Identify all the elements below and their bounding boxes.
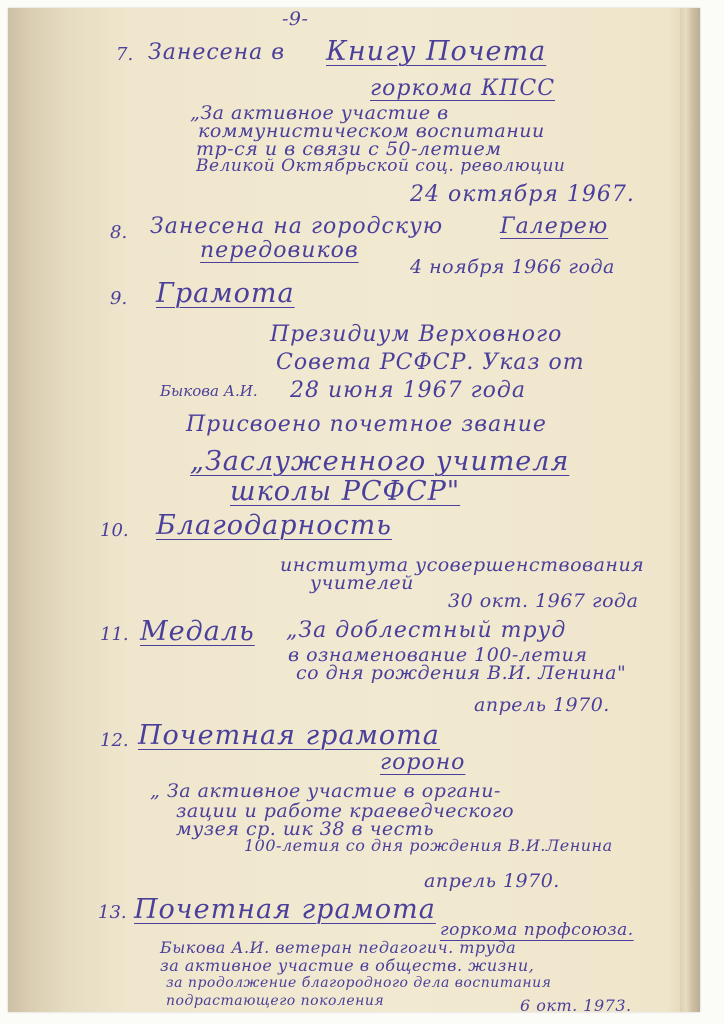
entry-10-date: 30 окт. 1967 года xyxy=(448,592,638,611)
entry-9-line: 28 июня 1967 года xyxy=(290,380,526,402)
entry-10-heading: Благодарность xyxy=(156,512,392,539)
entry-12-number: 12. xyxy=(100,732,129,750)
entry-13-line: подрастающего поколения xyxy=(166,994,384,1008)
entry-11-number: 11. xyxy=(100,626,129,644)
entry-7-prefix: Занесена в xyxy=(148,42,285,64)
entry-9-heading: Грамота xyxy=(156,280,295,307)
entry-12-date: апрель 1970. xyxy=(424,872,560,891)
entry-11-line: „За доблестный труд xyxy=(286,620,566,642)
entry-9-number: 9. xyxy=(110,290,127,308)
entry-13-line: за продолжение благородного дела воспита… xyxy=(166,976,551,990)
entry-12-line: „ За активное участие в органи- xyxy=(150,782,501,801)
entry-9-title: школы РСФСР" xyxy=(230,478,460,505)
entry-10-line: учителей xyxy=(310,574,414,593)
entry-8-heading-cont: передовиков xyxy=(200,240,359,262)
page-number: -9- xyxy=(282,10,308,29)
page-spine xyxy=(680,8,700,1012)
entry-12-line: 100-летия со дня рождения В.И.Ленина xyxy=(244,838,613,854)
entry-12-heading: Почетная грамота xyxy=(138,722,440,749)
entry-7-issuer: горкома КПСС xyxy=(370,78,555,100)
entry-9-title: „Заслуженного учителя xyxy=(190,448,569,475)
entry-12-issuer: гороно xyxy=(380,752,465,774)
entry-8-prefix: Занесена на городскую xyxy=(150,216,443,238)
entry-8-heading: Галерею xyxy=(500,216,608,238)
entry-13-date: 6 окт. 1973. xyxy=(520,998,632,1014)
entry-7-line: Великой Октябрьской соц. революции xyxy=(196,158,565,175)
entry-11-date: апрель 1970. xyxy=(474,696,610,715)
entry-7-date: 24 октября 1967. xyxy=(410,184,635,206)
entry-8-number: 8. xyxy=(110,224,127,242)
entry-11-line: со дня рождения В.И. Ленина" xyxy=(296,664,626,683)
entry-13-issuer: горкома профсоюза. xyxy=(440,922,634,939)
entry-9-line: Присвоено почетное звание xyxy=(186,414,547,436)
entry-13-number: 13. xyxy=(98,904,127,922)
entry-10-number: 10. xyxy=(100,522,129,540)
entry-9-side-note: Быкова А.И. xyxy=(160,384,258,399)
entry-11-heading: Медаль xyxy=(140,618,255,645)
entry-9-line: Президиум Верховного xyxy=(270,324,562,346)
entry-13-heading: Почетная грамота xyxy=(134,896,436,923)
entry-13-line: за активное участие в обществ. жизни, xyxy=(160,958,534,974)
entry-7-heading: Книгу Почета xyxy=(326,38,546,65)
entry-13-line: Быкова А.И. ветеран педагогич. труда xyxy=(160,940,516,956)
entry-7-number: 7. xyxy=(116,46,133,64)
entry-9-line: Совета РСФСР. Указ от xyxy=(276,352,585,374)
entry-8-date: 4 ноября 1966 года xyxy=(410,258,615,277)
